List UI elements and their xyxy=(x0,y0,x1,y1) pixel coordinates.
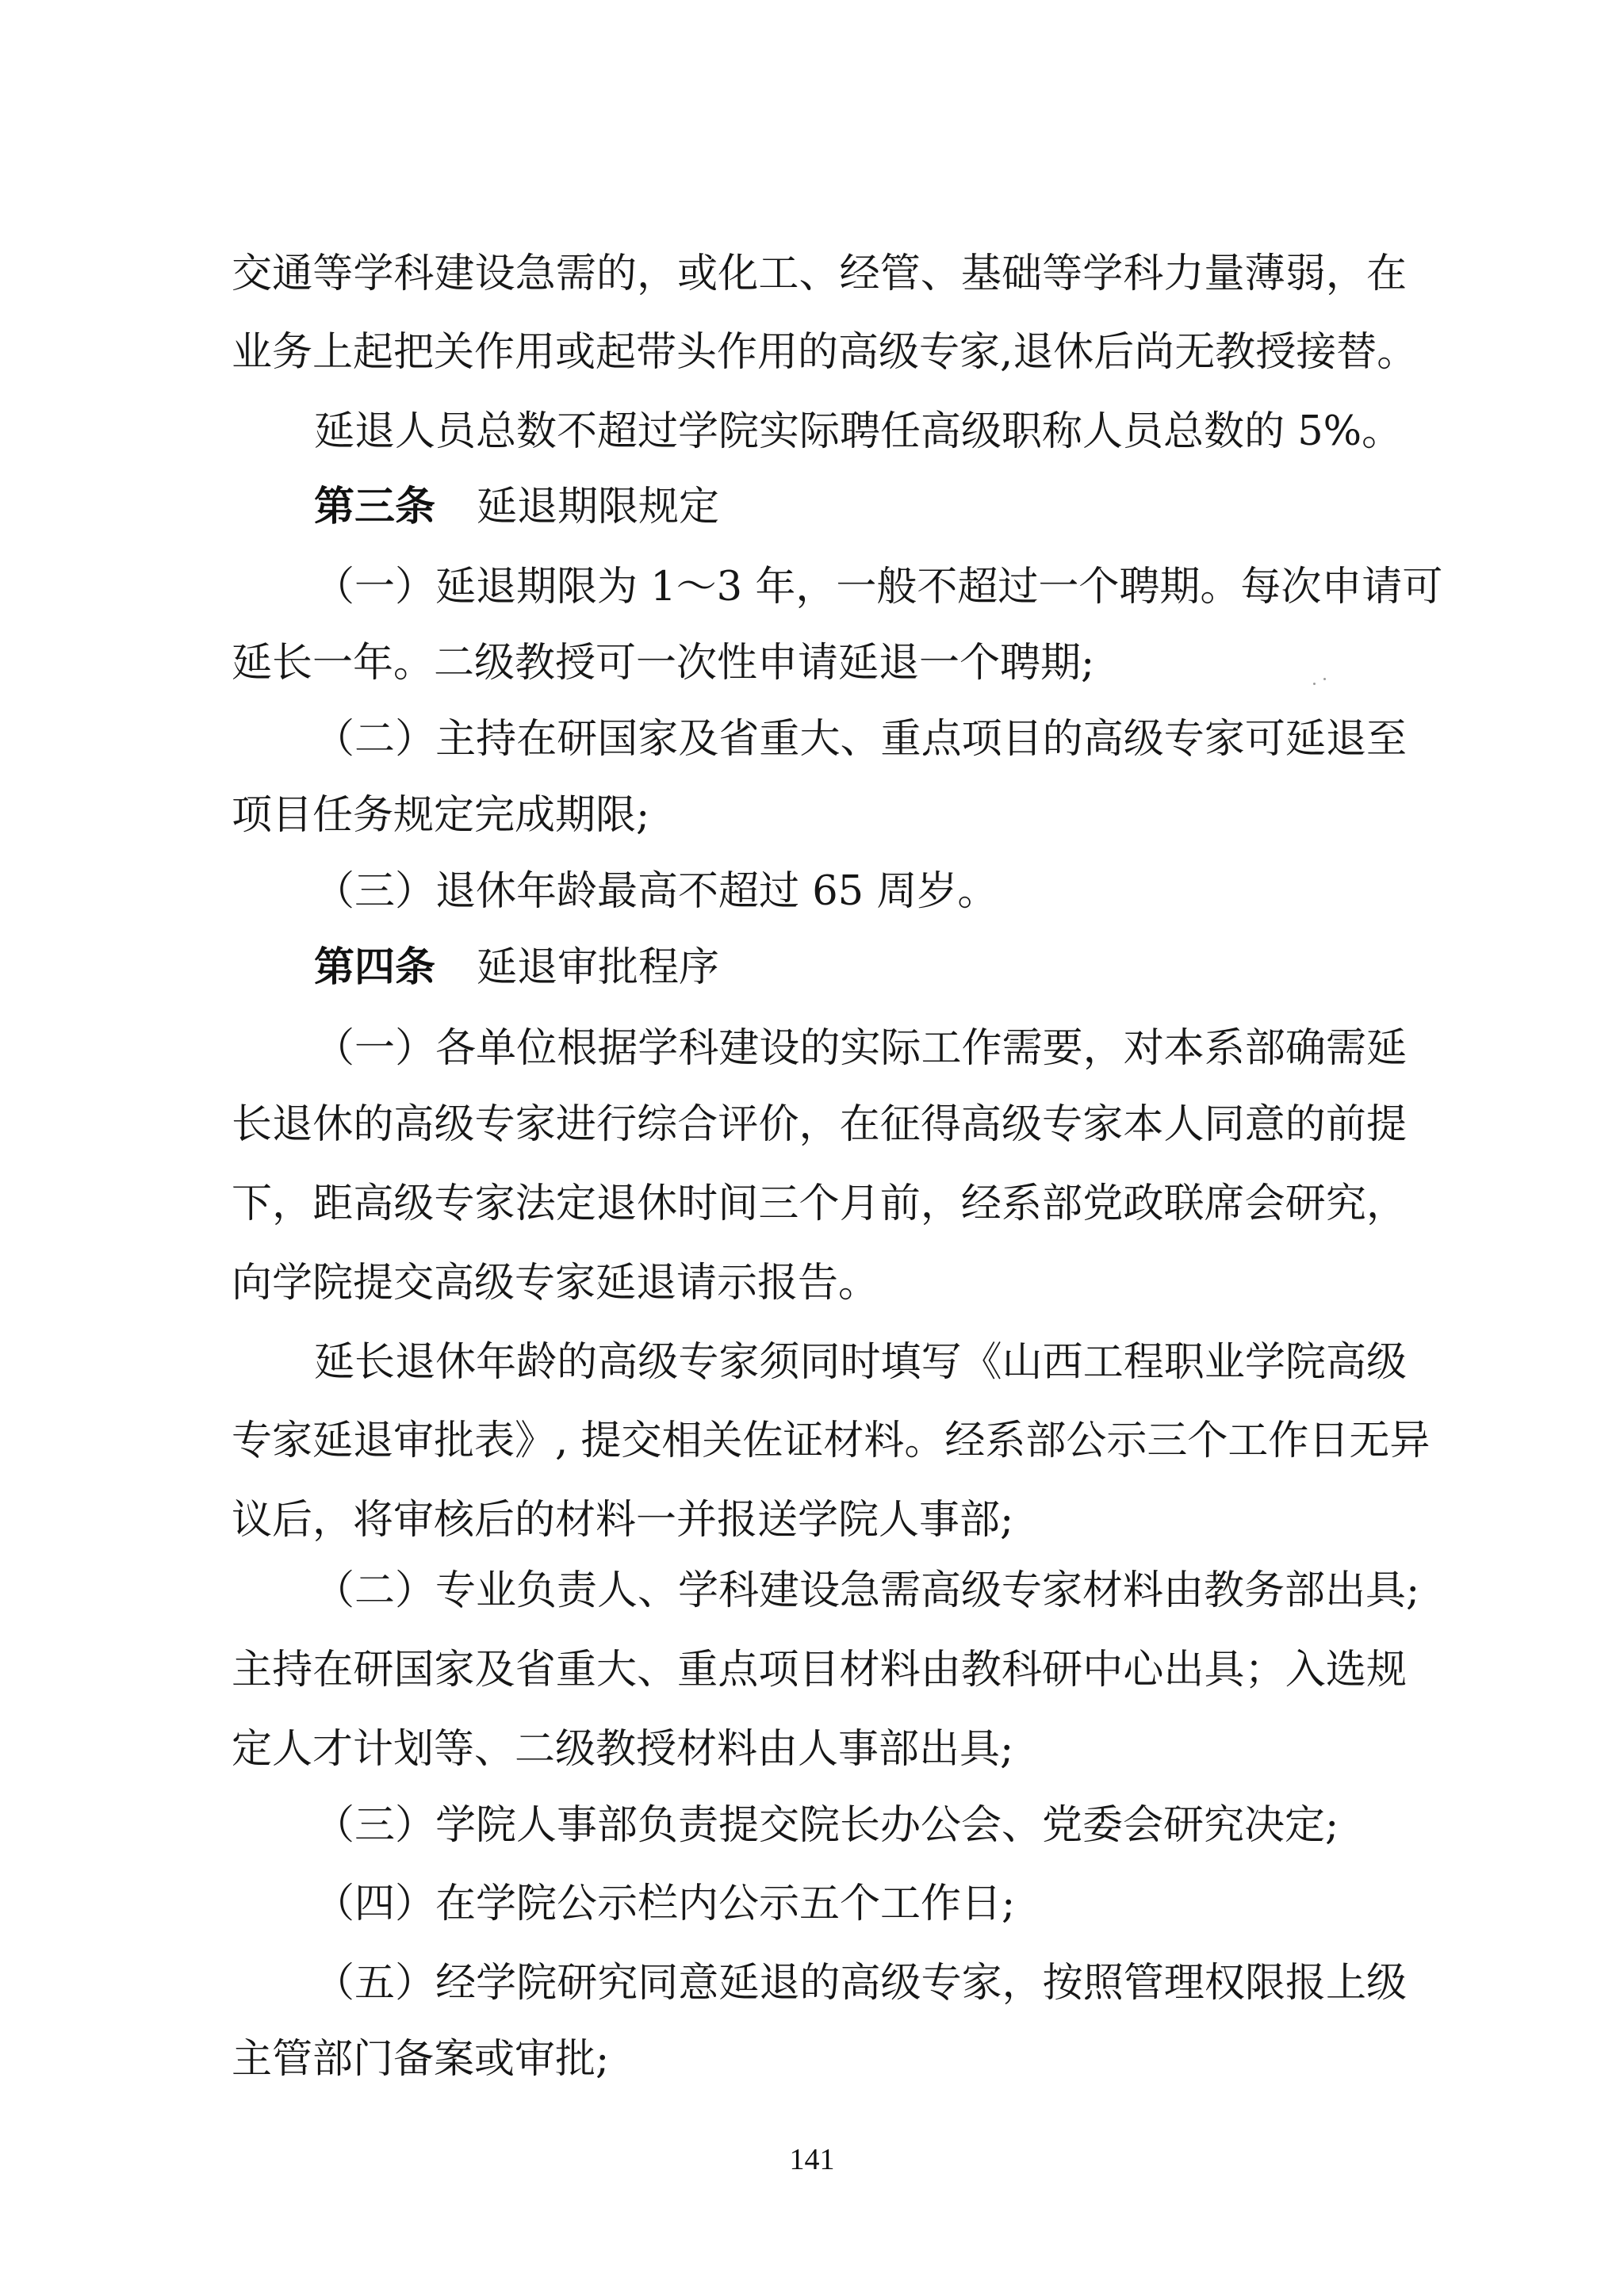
body-line: 交通等学科建设急需的，或化工、经管、基础等学科力量薄弱，在 xyxy=(232,251,1407,298)
body-line: （五）经学院研究同意延退的高级专家，按照管理权限报上级 xyxy=(314,1960,1407,2007)
body-line: 延退人员总数不超过学院实际聘任高级职称人员总数的 5%。 xyxy=(314,408,1402,456)
article-heading-4: 第四条延退审批程序 xyxy=(314,944,719,992)
body-line: 延长一年。二级教授可一次性申请延退一个聘期; xyxy=(232,640,1094,687)
body-line: （二）主持在研国家及省重大、重点项目的高级专家可延退至 xyxy=(314,716,1407,763)
body-line: 主持在研国家及省重大、重点项目材料由教科研中心出具；入选规 xyxy=(232,1647,1407,1694)
body-line: （二）专业负责人、学科建设急需高级专家材料由教务部出具; xyxy=(314,1567,1407,1615)
body-line: （一）各单位根据学科建设的实际工作需要，对本系部确需延 xyxy=(314,1025,1407,1073)
article-number: 第三条 xyxy=(314,484,435,530)
body-line: 项目任务规定完成期限; xyxy=(232,792,649,840)
scan-speck xyxy=(1313,683,1316,685)
article-title: 延退期限规定 xyxy=(477,484,719,530)
body-line: 专家延退审批表》, 提交相关佐证材料。经系部公示三个工作日无异 xyxy=(232,1418,1407,1465)
page-number: 141 xyxy=(772,2141,852,2179)
body-line: 下，距高级专家法定退休时间三个月前，经系部党政联席会研究， xyxy=(232,1181,1407,1228)
body-line: 长退休的高级专家进行综合评价，在征得高级专家本人同意的前提 xyxy=(232,1101,1407,1149)
body-line: （三）学院人事部负责提交院长办公会、党委会研究决定; xyxy=(314,1802,1339,1850)
body-line: （一）延退期限为 1～3 年，一般不超过一个聘期。每次申请可 xyxy=(314,564,1407,611)
body-line: 向学院提交高级专家延退请示报告。 xyxy=(232,1260,879,1307)
body-line: （三）退休年龄最高不超过 65 周岁。 xyxy=(314,868,998,916)
body-line: 业务上起把关作用或起带头作用的高级专家,退休后尚无教授接替。 xyxy=(232,329,1407,377)
body-line: 议后，将审核后的材料一并报送学院人事部; xyxy=(232,1497,1013,1544)
body-line: 主管部门备案或审批; xyxy=(232,2036,609,2084)
article-number: 第四条 xyxy=(314,944,435,991)
body-line: （四）在学院公示栏内公示五个工作日; xyxy=(314,1881,1015,1928)
body-line: 延长退休年龄的高级专家须同时填写《山西工程职业学院高级 xyxy=(314,1339,1407,1387)
body-line: 定人才计划等、二级教授材料由人事部出具; xyxy=(232,1726,1013,1774)
scan-speck xyxy=(1323,678,1326,680)
article-title: 延退审批程序 xyxy=(477,944,719,991)
article-heading-3: 第三条延退期限规定 xyxy=(314,484,719,531)
document-page: 交通等学科建设急需的，或化工、经管、基础等学科力量薄弱，在 业务上起把关作用或起… xyxy=(0,0,1624,2296)
